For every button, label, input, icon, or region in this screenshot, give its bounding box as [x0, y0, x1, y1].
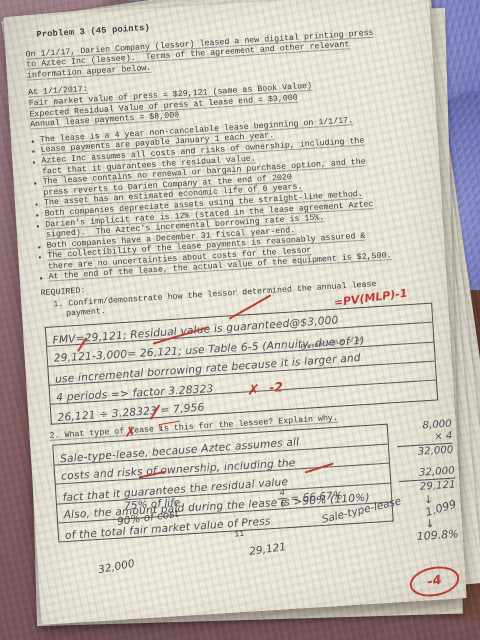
answer-box-2: Sale-type-lease, because Aztec assumes a… — [52, 424, 393, 543]
answer-box-1: FMV=29,121; Residual value is guaranteed… — [45, 302, 438, 424]
photo-scene: Problem 3 (45 points) On 1/1/17, Darien … — [0, 0, 480, 640]
printed-content: Problem 3 (45 points) On 1/1/17, Darien … — [3, 0, 461, 544]
margin-calculation: 8,000 × 4 32,000 32,000 29,121 ↓ 1.099 ↓… — [395, 419, 459, 544]
total-number-note: 32,000 — [97, 558, 135, 577]
red-circle-grade: -4 — [407, 563, 461, 601]
handwritten-answer-text: 26,121 ÷ 3.28323 = 7,956 — [57, 401, 205, 423]
red-x-mark: ✗ — [247, 381, 260, 400]
deduction-q2: -4 — [426, 573, 443, 590]
fraction-stack: 4 6 — [277, 488, 288, 510]
red-x-mark: ✗ — [125, 425, 137, 441]
page-number: 11 — [234, 530, 245, 540]
fraction-numerator: 4 — [277, 488, 287, 500]
fmv-number-note: 29,121 — [249, 541, 287, 558]
percent-result: 109.8% — [402, 528, 459, 543]
fraction-denominator: 6 — [280, 499, 286, 509]
fraction-note: 4 6 = 66.67% — [277, 485, 343, 510]
terms-bullet-list: • The lease is a 4 year non-cancelable l… — [31, 112, 430, 285]
deduction-q1: -2 — [269, 379, 284, 395]
fraction-result: = 66.67% — [290, 489, 343, 504]
margin-product: 32,000 — [397, 445, 454, 460]
worksheet-page: Problem 3 (45 points) On 1/1/17, Darien … — [3, 0, 466, 625]
